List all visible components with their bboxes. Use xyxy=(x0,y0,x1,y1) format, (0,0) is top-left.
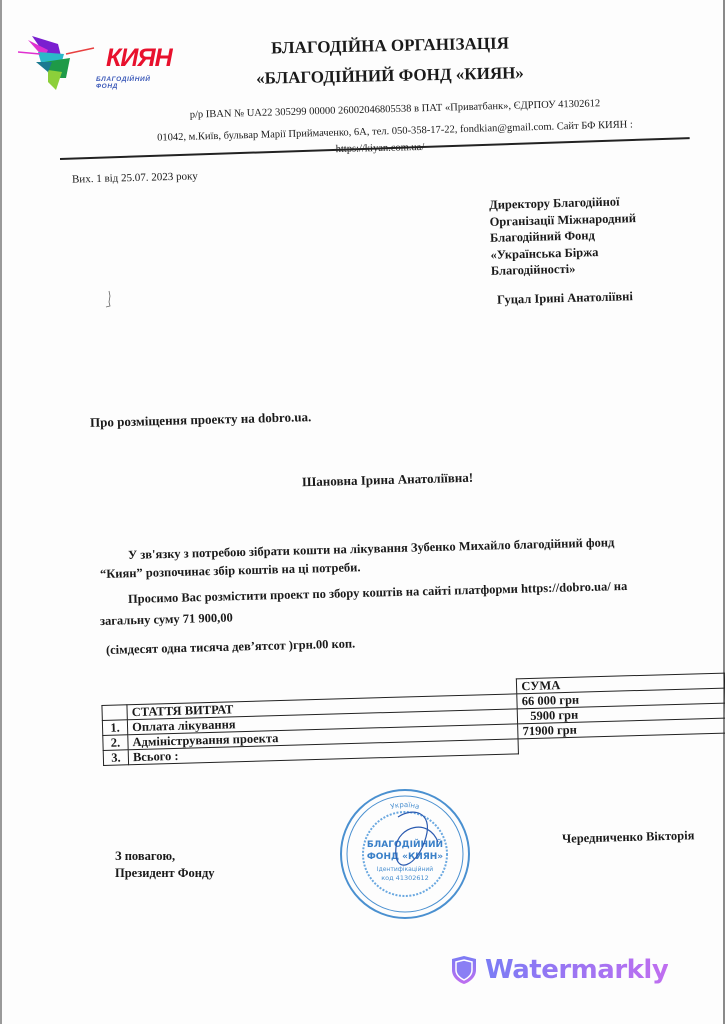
body-paragraph-2-line-1: Просимо Вас розмістити проект по збору к… xyxy=(128,579,628,607)
logo-wordmark: КИЯН xyxy=(106,44,172,73)
page-edge-left xyxy=(0,0,2,1024)
org-title-line2: «БЛАГОДІЙНИЙ ФОНД «КИЯН» xyxy=(200,62,580,90)
signer-name: Чередниченко Вікторія xyxy=(562,828,695,846)
body-paragraph-1-line-2: “Киян” розпочинає збір коштів на ці потр… xyxy=(100,560,361,582)
fund-logo: КИЯН БЛАГОДІЙНИЙ ФОНД xyxy=(18,32,168,94)
letter-subject: Про розміщення проекту на dobro.ua. xyxy=(90,409,312,431)
table-cell-num: 2. xyxy=(103,735,128,751)
body-paragraph-1-line-1: У зв'язку з потребою зібрати кошти на лі… xyxy=(128,535,615,563)
kyian-fund-logo-icon xyxy=(18,32,98,94)
letter-greeting: Шановна Ірина Анатоліївна! xyxy=(302,470,474,490)
signoff-title: Президент Фонду xyxy=(115,865,215,882)
watermark: Watermarkly xyxy=(451,955,668,985)
body-paragraph-2-line-2: загальну суму 71 900,00 xyxy=(100,611,233,629)
expense-table: СУМА СТАТТЯ ВИТРАТ 66 000 грн 1. Оплата … xyxy=(101,673,725,766)
logo-subtitle: БЛАГОДІЙНИЙ ФОНД xyxy=(96,76,168,90)
signoff-block: З повагою, Президент Фонду xyxy=(115,848,215,882)
outgoing-number: Вих. 1 від 25.07. 2023 року xyxy=(72,170,198,185)
svg-text:Україна: Україна xyxy=(390,801,421,811)
bank-details: р/р IBAN № UA22 305299 00000 26002046805… xyxy=(115,96,675,123)
svg-text:БЛАГОДІЙНИЙ: БЛАГОДІЙНИЙ xyxy=(367,838,443,850)
addressee-name: Гуцал Ірині Анатоліївні xyxy=(497,289,633,308)
table-cell-num: 3. xyxy=(103,750,128,766)
svg-text:код 41302612: код 41302612 xyxy=(381,874,429,882)
signoff-line: З повагою, xyxy=(115,848,215,865)
amount-in-words: (сімдесят одна тисяча дев’ятсот )грн.00 … xyxy=(106,636,356,658)
table-cell-num: 1. xyxy=(102,720,127,736)
watermark-text: Watermarkly xyxy=(485,955,668,985)
pen-mark-icon xyxy=(104,290,114,310)
official-stamp-icon: Україна БЛАГОДІЙНИЙ ФОНД «КИЯН» Ідентифі… xyxy=(338,787,472,921)
org-title-line1: БЛАГОДІЙНА ОРГАНІЗАЦІЯ xyxy=(200,32,580,60)
svg-text:Ідентифікаційний: Ідентифікаційний xyxy=(377,866,433,873)
svg-text:ФОНД «КИЯН»: ФОНД «КИЯН» xyxy=(367,852,443,862)
shield-icon xyxy=(451,955,477,985)
addressee-line: Благодійності» xyxy=(491,259,638,279)
addressee-block: Директору Благодійної Організації Міжнар… xyxy=(489,193,638,279)
